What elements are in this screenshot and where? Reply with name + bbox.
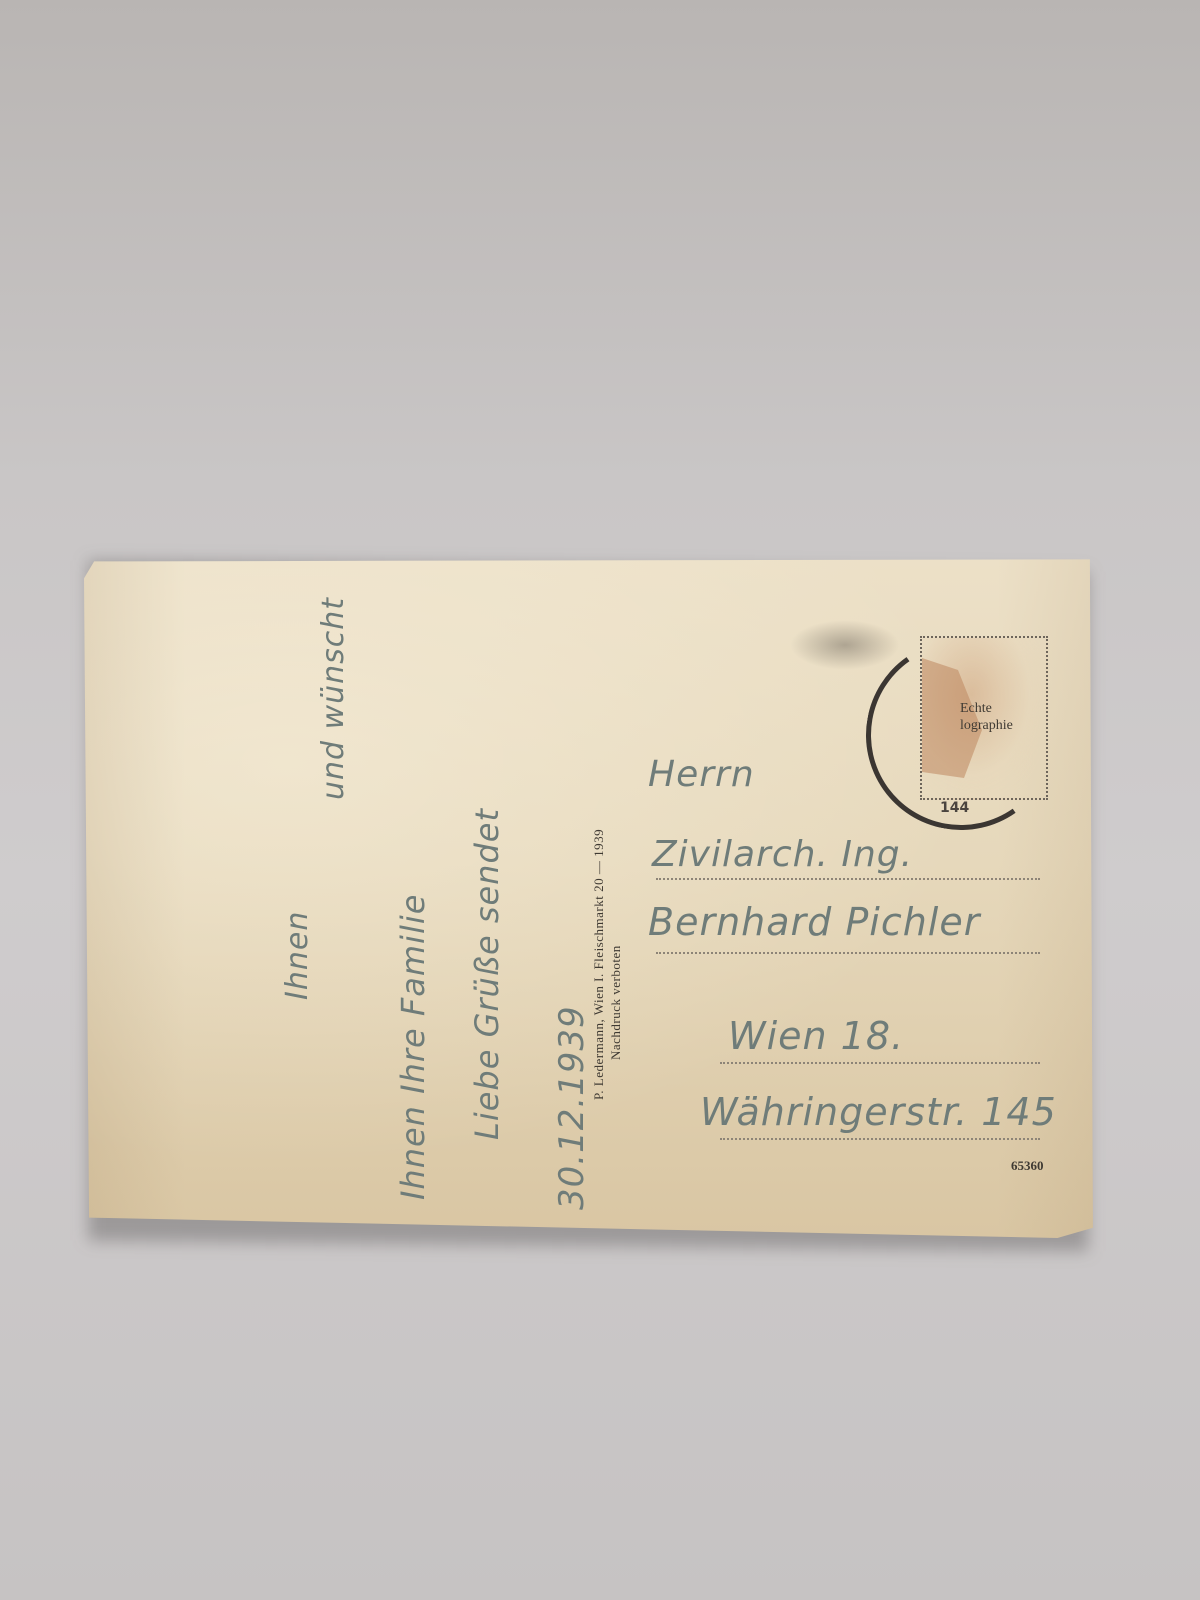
- message-line-3: und wünscht: [316, 597, 351, 800]
- address-rule-4: [720, 1138, 1040, 1140]
- address-rule-1: [656, 878, 1040, 880]
- reprint-notice: Nachdruck verboten: [607, 829, 624, 1100]
- message-date: 30.12.1939: [552, 1005, 592, 1210]
- message-line-4: Ihnen: [280, 911, 315, 1000]
- address-rule-2: [656, 952, 1040, 954]
- address-line-2: Zivilarch. Ing.: [652, 834, 913, 875]
- publisher-imprint: P. Ledermann, Wien I. Fleischmarkt 20 — …: [590, 829, 624, 1100]
- stamp-box: Echte lographie: [920, 636, 1048, 800]
- publisher-line: P. Ledermann, Wien I. Fleischmarkt 20 — …: [590, 829, 607, 1100]
- ink-smudge: [790, 620, 900, 670]
- address-line-5: Währingerstr. 145: [700, 1090, 1057, 1134]
- address-rule-3: [720, 1062, 1040, 1064]
- address-line-3: Bernhard Pichler: [648, 900, 980, 944]
- postmark-digits: 144: [940, 800, 969, 816]
- message-line-2: Ihnen Ihre Familie: [394, 894, 432, 1200]
- stamp-box-text: Echte lographie: [960, 700, 1013, 734]
- address-line-4: Wien 18.: [728, 1014, 904, 1058]
- address-line-1: Herrn: [648, 754, 755, 795]
- message-line-1: Liebe Grüße sendet: [468, 808, 506, 1140]
- card-serial-number: 65360: [1011, 1158, 1044, 1174]
